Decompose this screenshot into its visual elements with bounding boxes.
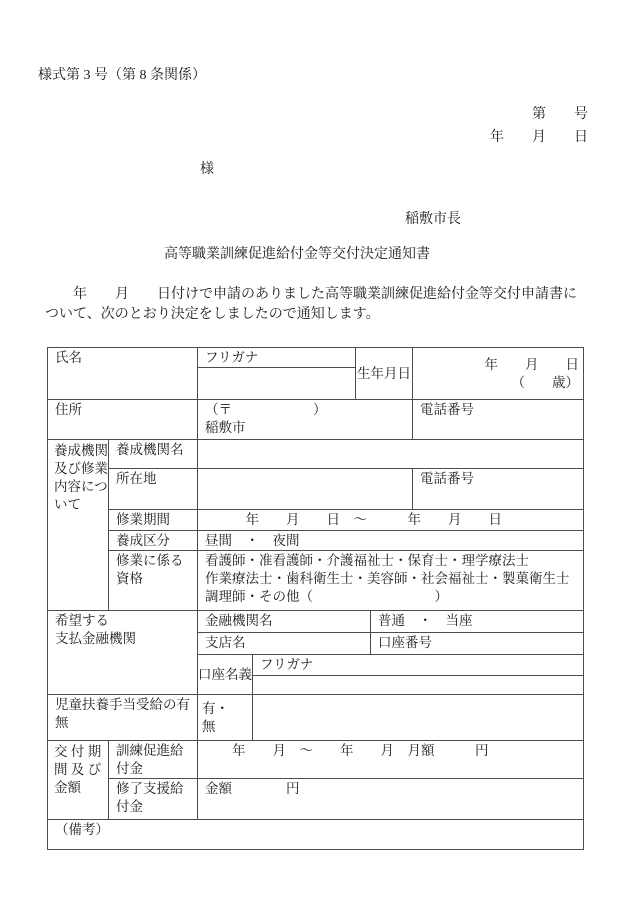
grant-training-value-cell: 年 月 ～ 年 月 月額 円 — [198, 741, 584, 779]
child-allowance-label-cell: 児童扶養手当受給の有 無 — [48, 695, 198, 741]
remarks-label-cell: （備考） — [48, 820, 584, 850]
grant-training-label-cell: 訓練促進給 付金 — [109, 741, 198, 779]
bank-holder-furigana-label-cell: フリガナ — [253, 655, 584, 676]
bank-account-number-label-cell: 口座番号 — [371, 633, 584, 655]
training-qualification-value-cell: 看護師・准看護師・介護福祉士・保育士・理学療法士 作業療法士・歯科衛生士・美容師… — [198, 551, 584, 611]
bank-branch-label-cell: 支店名 — [198, 633, 371, 655]
bank-group-label-cell: 希望する 支払金融機関 — [48, 611, 198, 695]
bank-name-label-cell: 金融機関名 — [198, 611, 371, 633]
training-period-value-cell: 年 月 日 ～ 年 月 日 — [198, 510, 584, 531]
document-page: 様式第 3 号（第 8 条関係） 第 号 年 月 日 様 稲敷市長 高等職業訓練… — [0, 0, 630, 903]
address-value-cell: （〒 ） 稲敷市 — [198, 400, 413, 440]
child-allowance-input-cell — [253, 695, 584, 741]
child-allowance-value-cell: 有・ 無 — [198, 695, 253, 741]
date-line: 年 月 日 — [0, 128, 630, 148]
document-title: 高等職業訓練促進給付金等交付決定通知書 — [0, 245, 594, 265]
sender-name: 稲敷市長 — [405, 210, 630, 230]
name-label-cell: 氏名 — [48, 348, 198, 400]
bank-holder-input-cell — [253, 676, 584, 695]
name-furigana-label-cell: フリガナ — [198, 348, 356, 368]
training-category-label-cell: 養成区分 — [109, 531, 198, 551]
training-phone-label-cell: 電話番号 — [413, 469, 584, 510]
addressee-honorific: 様 — [200, 160, 630, 180]
training-org-label-cell: 養成機関名 — [109, 440, 198, 469]
bank-account-type-cell: 普通 ・ 当座 — [371, 611, 584, 633]
address-phone-label-cell: 電話番号 — [413, 400, 584, 440]
name-input-cell — [198, 368, 356, 400]
training-org-input-cell — [198, 440, 584, 469]
training-qualification-label-cell: 修業に係る 資格 — [109, 551, 198, 611]
form-number: 様式第 3 号（第 8 条関係） — [38, 66, 630, 86]
training-group-label-cell: 養成機関 及び修業 内容につ いて — [48, 440, 109, 611]
body-paragraph: 年 月 日付けで申請のありました高等職業訓練促進給付金等交付申請書に ついて、次… — [45, 285, 590, 325]
training-category-value-cell: 昼間 ・ 夜間 — [198, 531, 584, 551]
document-number-line: 第 号 — [0, 105, 630, 125]
grant-completion-label-cell: 修了支援給 付金 — [109, 779, 198, 820]
address-label-cell: 住所 — [48, 400, 198, 440]
bank-holder-label-cell: 口座名義 — [198, 655, 253, 695]
training-location-label-cell: 所在地 — [109, 469, 198, 510]
grant-group-label-cell: 交 付 期 間 及 び 金額 — [48, 741, 109, 820]
dob-value-cell: 年 月 日 （ 歳） — [413, 348, 584, 400]
notification-details-table: 氏名 フリガナ 生年月日 年 月 日 （ 歳） 住所 （〒 ） 稲敷市 電話番号… — [47, 347, 584, 850]
training-period-label-cell: 修業期間 — [109, 510, 198, 531]
grant-completion-value-cell: 金額 円 — [198, 779, 584, 820]
dob-label-cell: 生年月日 — [356, 348, 413, 400]
training-location-input-cell — [198, 469, 413, 510]
